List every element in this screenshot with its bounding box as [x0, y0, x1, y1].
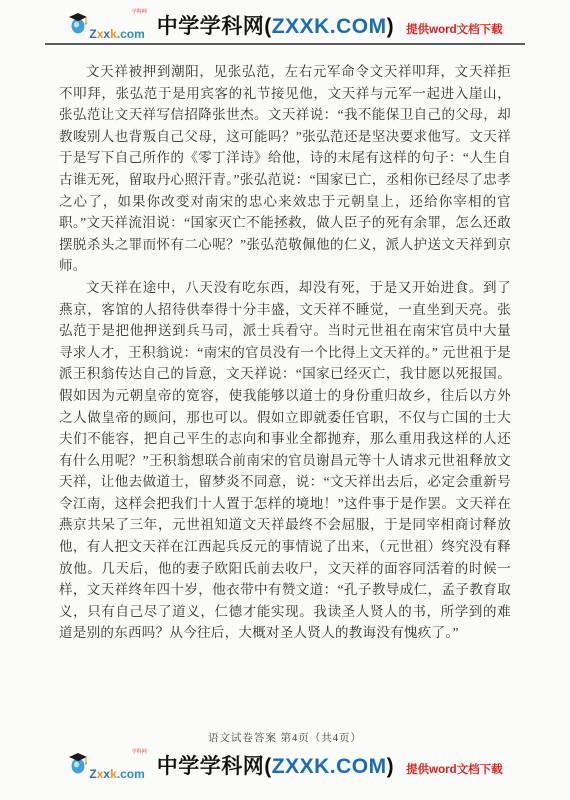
paren-open: (	[264, 755, 272, 778]
site-domain: ZXXK.COM	[272, 15, 387, 38]
logo-tiny-text: 学科网	[132, 748, 147, 755]
site-banner-top: Zxxk.com 学科网 中学学科网(ZXXK.COM) 提供word文档下载	[0, 0, 570, 40]
paren-close: )	[387, 15, 395, 38]
site-title-cn: 中学学科网	[157, 755, 265, 778]
download-tagline: 提供word文档下载	[406, 761, 502, 780]
site-title: 中学学科网(ZXXK.COM)	[157, 750, 394, 780]
site-title: 中学学科网(ZXXK.COM)	[157, 10, 394, 40]
paren-open: (	[264, 15, 272, 38]
logo-tiny-text: 学科网	[132, 8, 147, 15]
paren-close: )	[387, 755, 395, 778]
zxxk-logo-text: Zxxk.com	[89, 768, 144, 780]
zxxk-logo: Zxxk.com 学科网	[67, 11, 144, 40]
site-domain: ZXXK.COM	[272, 755, 387, 778]
logo-letter: k	[110, 27, 117, 41]
logo-letter: k	[110, 767, 117, 781]
document-body: 文天祥被押到潮阳，见张弘范，左右元军命令文天祥叩拜，文天祥拒不叩拜，张弘范于是用…	[59, 61, 511, 644]
site-banner-bottom: Zxxk.com 学科网 中学学科网(ZXXK.COM) 提供word文档下载	[0, 750, 570, 780]
page-number: 语文试卷答案 第4页（共4页）	[0, 730, 570, 745]
scanned-document-page: Zxxk.com 学科网 中学学科网(ZXXK.COM) 提供word文档下载 …	[0, 0, 570, 800]
download-tagline: 提供word文档下载	[406, 21, 502, 40]
zxxk-logo: Zxxk.com 学科网	[67, 751, 144, 780]
site-title-cn: 中学学科网	[157, 15, 265, 38]
logo-letter: Z	[89, 767, 96, 781]
header-divider	[45, 43, 525, 45]
logo-suffix: .com	[117, 27, 145, 41]
graduate-mascot-icon	[67, 11, 89, 40]
paragraph-1: 文天祥被押到潮阳，见张弘范，左右元军命令文天祥叩拜，文天祥拒不叩拜，张弘范于是用…	[59, 61, 511, 277]
paragraph-2: 文天祥在途中，八天没有吃东西，却没有死，于是又开始进食。到了燕京，客馆的人招待供…	[59, 277, 511, 644]
logo-letter: Z	[89, 27, 96, 41]
graduate-mascot-icon	[67, 751, 89, 780]
zxxk-logo-text: Zxxk.com	[89, 28, 144, 40]
logo-suffix: .com	[117, 767, 145, 781]
